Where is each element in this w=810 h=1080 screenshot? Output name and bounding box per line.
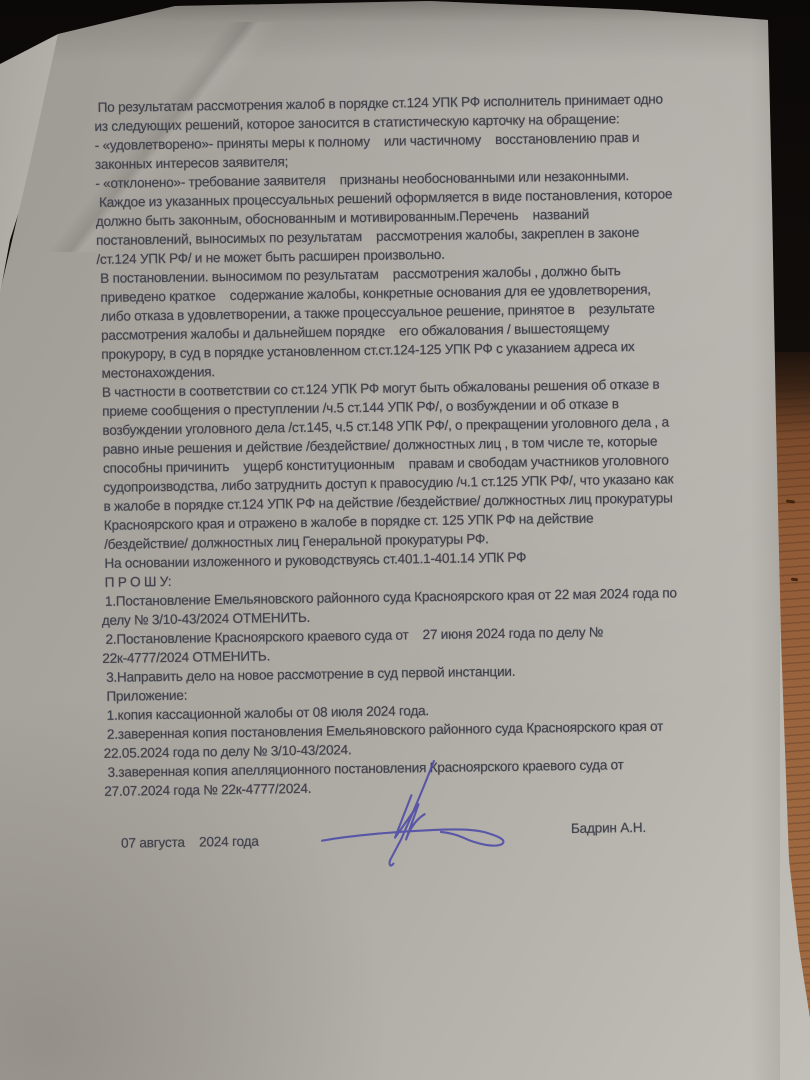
document-date: 07 августа 2024 года [121,834,259,851]
document-text: По результатам рассмотрения жалоб в поря… [94,88,755,978]
document-page: По результатам рассмотрения жалоб в поря… [0,0,810,1080]
wood-grain-mark [791,578,798,581]
wood-grain-mark [786,499,795,503]
signatory-name: Бадрин А.Н. [571,820,646,836]
document-body-text: По результатам рассмотрения жалоб в поря… [94,88,752,801]
handwritten-signature [316,756,518,871]
paper-shadow-overlay [750,0,780,1080]
photo-of-document: По результатам рассмотрения жалоб в поря… [0,0,810,1080]
